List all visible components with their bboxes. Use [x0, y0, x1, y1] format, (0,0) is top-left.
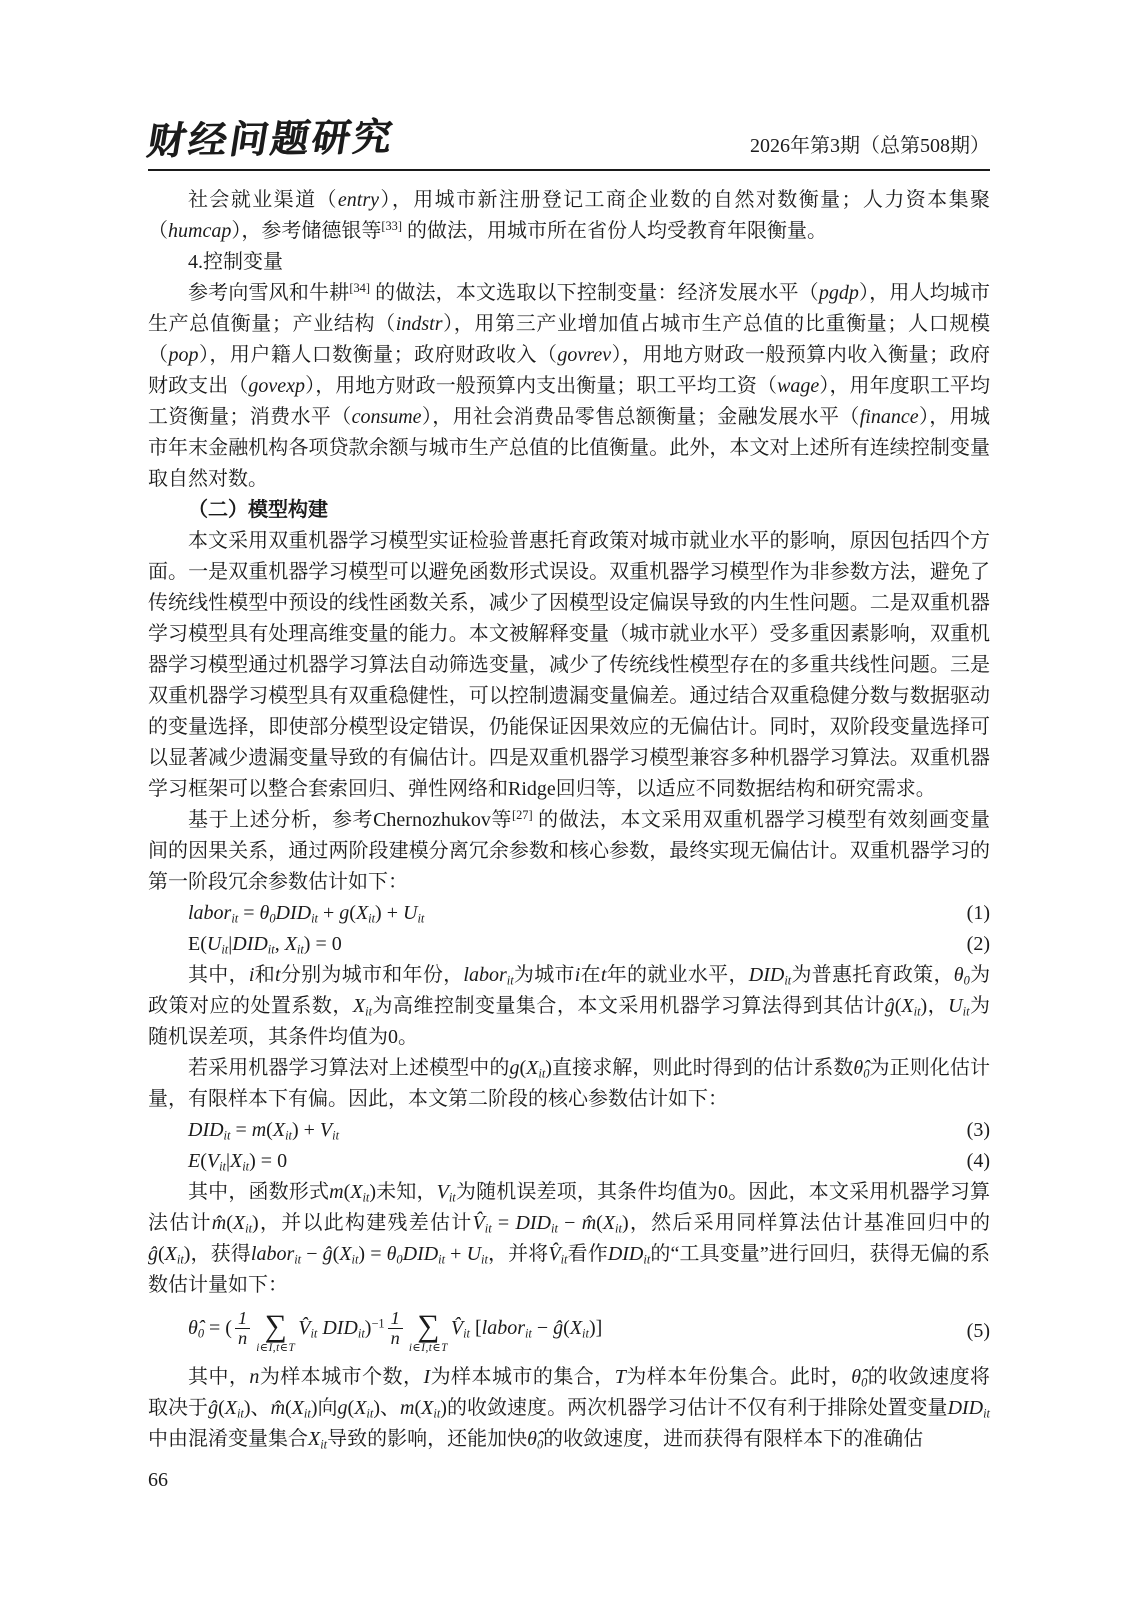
page-header: 财经问题研究 2026年第3期（总第508期）: [148, 118, 990, 171]
equation-body: θ̂0 = (1n∑i∈I,t∈TV̂it DIDit)−11n∑i∈I,t∈T…: [188, 1309, 602, 1354]
equation: E(Vit|Xit) = 0(4): [148, 1146, 990, 1177]
equation-body: E(Vit|Xit) = 0: [188, 1146, 287, 1177]
equation-number: (3): [967, 1115, 990, 1146]
equation: laborit = θ0DIDit + g(Xit) + Uit(1): [148, 898, 990, 929]
equation-number: (1): [967, 898, 990, 929]
section-heading: （二）模型构建: [148, 495, 990, 526]
equation-body: E(Uit|DIDit, Xit) = 0: [188, 929, 342, 960]
issue-info: 2026年第3期（总第508期）: [750, 134, 990, 160]
equation: θ̂0 = (1n∑i∈I,t∈TV̂it DIDit)−11n∑i∈I,t∈T…: [148, 1301, 990, 1362]
equation-body: DIDit = m(Xit) + Vit: [188, 1115, 339, 1146]
equation-number: (5): [967, 1316, 990, 1347]
equation: DIDit = m(Xit) + Vit(3): [148, 1115, 990, 1146]
paragraph: 参考向雪风和牛耕[34] 的做法，本文选取以下控制变量：经济发展水平（pgdp）…: [148, 278, 990, 495]
equation-number: (4): [967, 1146, 990, 1177]
paragraph: 其中，i和t分别为城市和年份，laborit为城市i在t年的就业水平，DIDit…: [148, 960, 990, 1053]
paragraph: 若采用机器学习算法对上述模型中的g(Xit)直接求解，则此时得到的估计系数θ̂0…: [148, 1053, 990, 1115]
paragraph: 4.控制变量: [148, 247, 990, 278]
journal-logo: 财经问题研究: [144, 116, 397, 162]
equation-body: laborit = θ0DIDit + g(Xit) + Uit: [188, 898, 424, 929]
article-body: 社会就业渠道（entry），用城市新注册登记工商企业数的自然对数衡量；人力资本集…: [148, 185, 990, 1455]
paragraph: 其中，函数形式m(Xit)未知，Vit为随机误差项，其条件均值为0。因此，本文采…: [148, 1177, 990, 1301]
page-number: 66: [148, 1469, 990, 1492]
paragraph: 其中，n为样本城市个数，I为样本城市的集合，T为样本年份集合。此时，θ̂0的收敛…: [148, 1362, 990, 1455]
paragraph: 社会就业渠道（entry），用城市新注册登记工商企业数的自然对数衡量；人力资本集…: [148, 185, 990, 247]
journal-page: 财经问题研究 2026年第3期（总第508期） 社会就业渠道（entry），用城…: [0, 0, 1140, 1600]
page-footer: 66: [148, 1469, 990, 1492]
equation: E(Uit|DIDit, Xit) = 0(2): [148, 929, 990, 960]
equation-number: (2): [967, 929, 990, 960]
paragraph: 基于上述分析，参考Chernozhukov等[27] 的做法，本文采用双重机器学…: [148, 805, 990, 898]
paragraph: 本文采用双重机器学习模型实证检验普惠托育政策对城市就业水平的影响，原因包括四个方…: [148, 526, 990, 805]
